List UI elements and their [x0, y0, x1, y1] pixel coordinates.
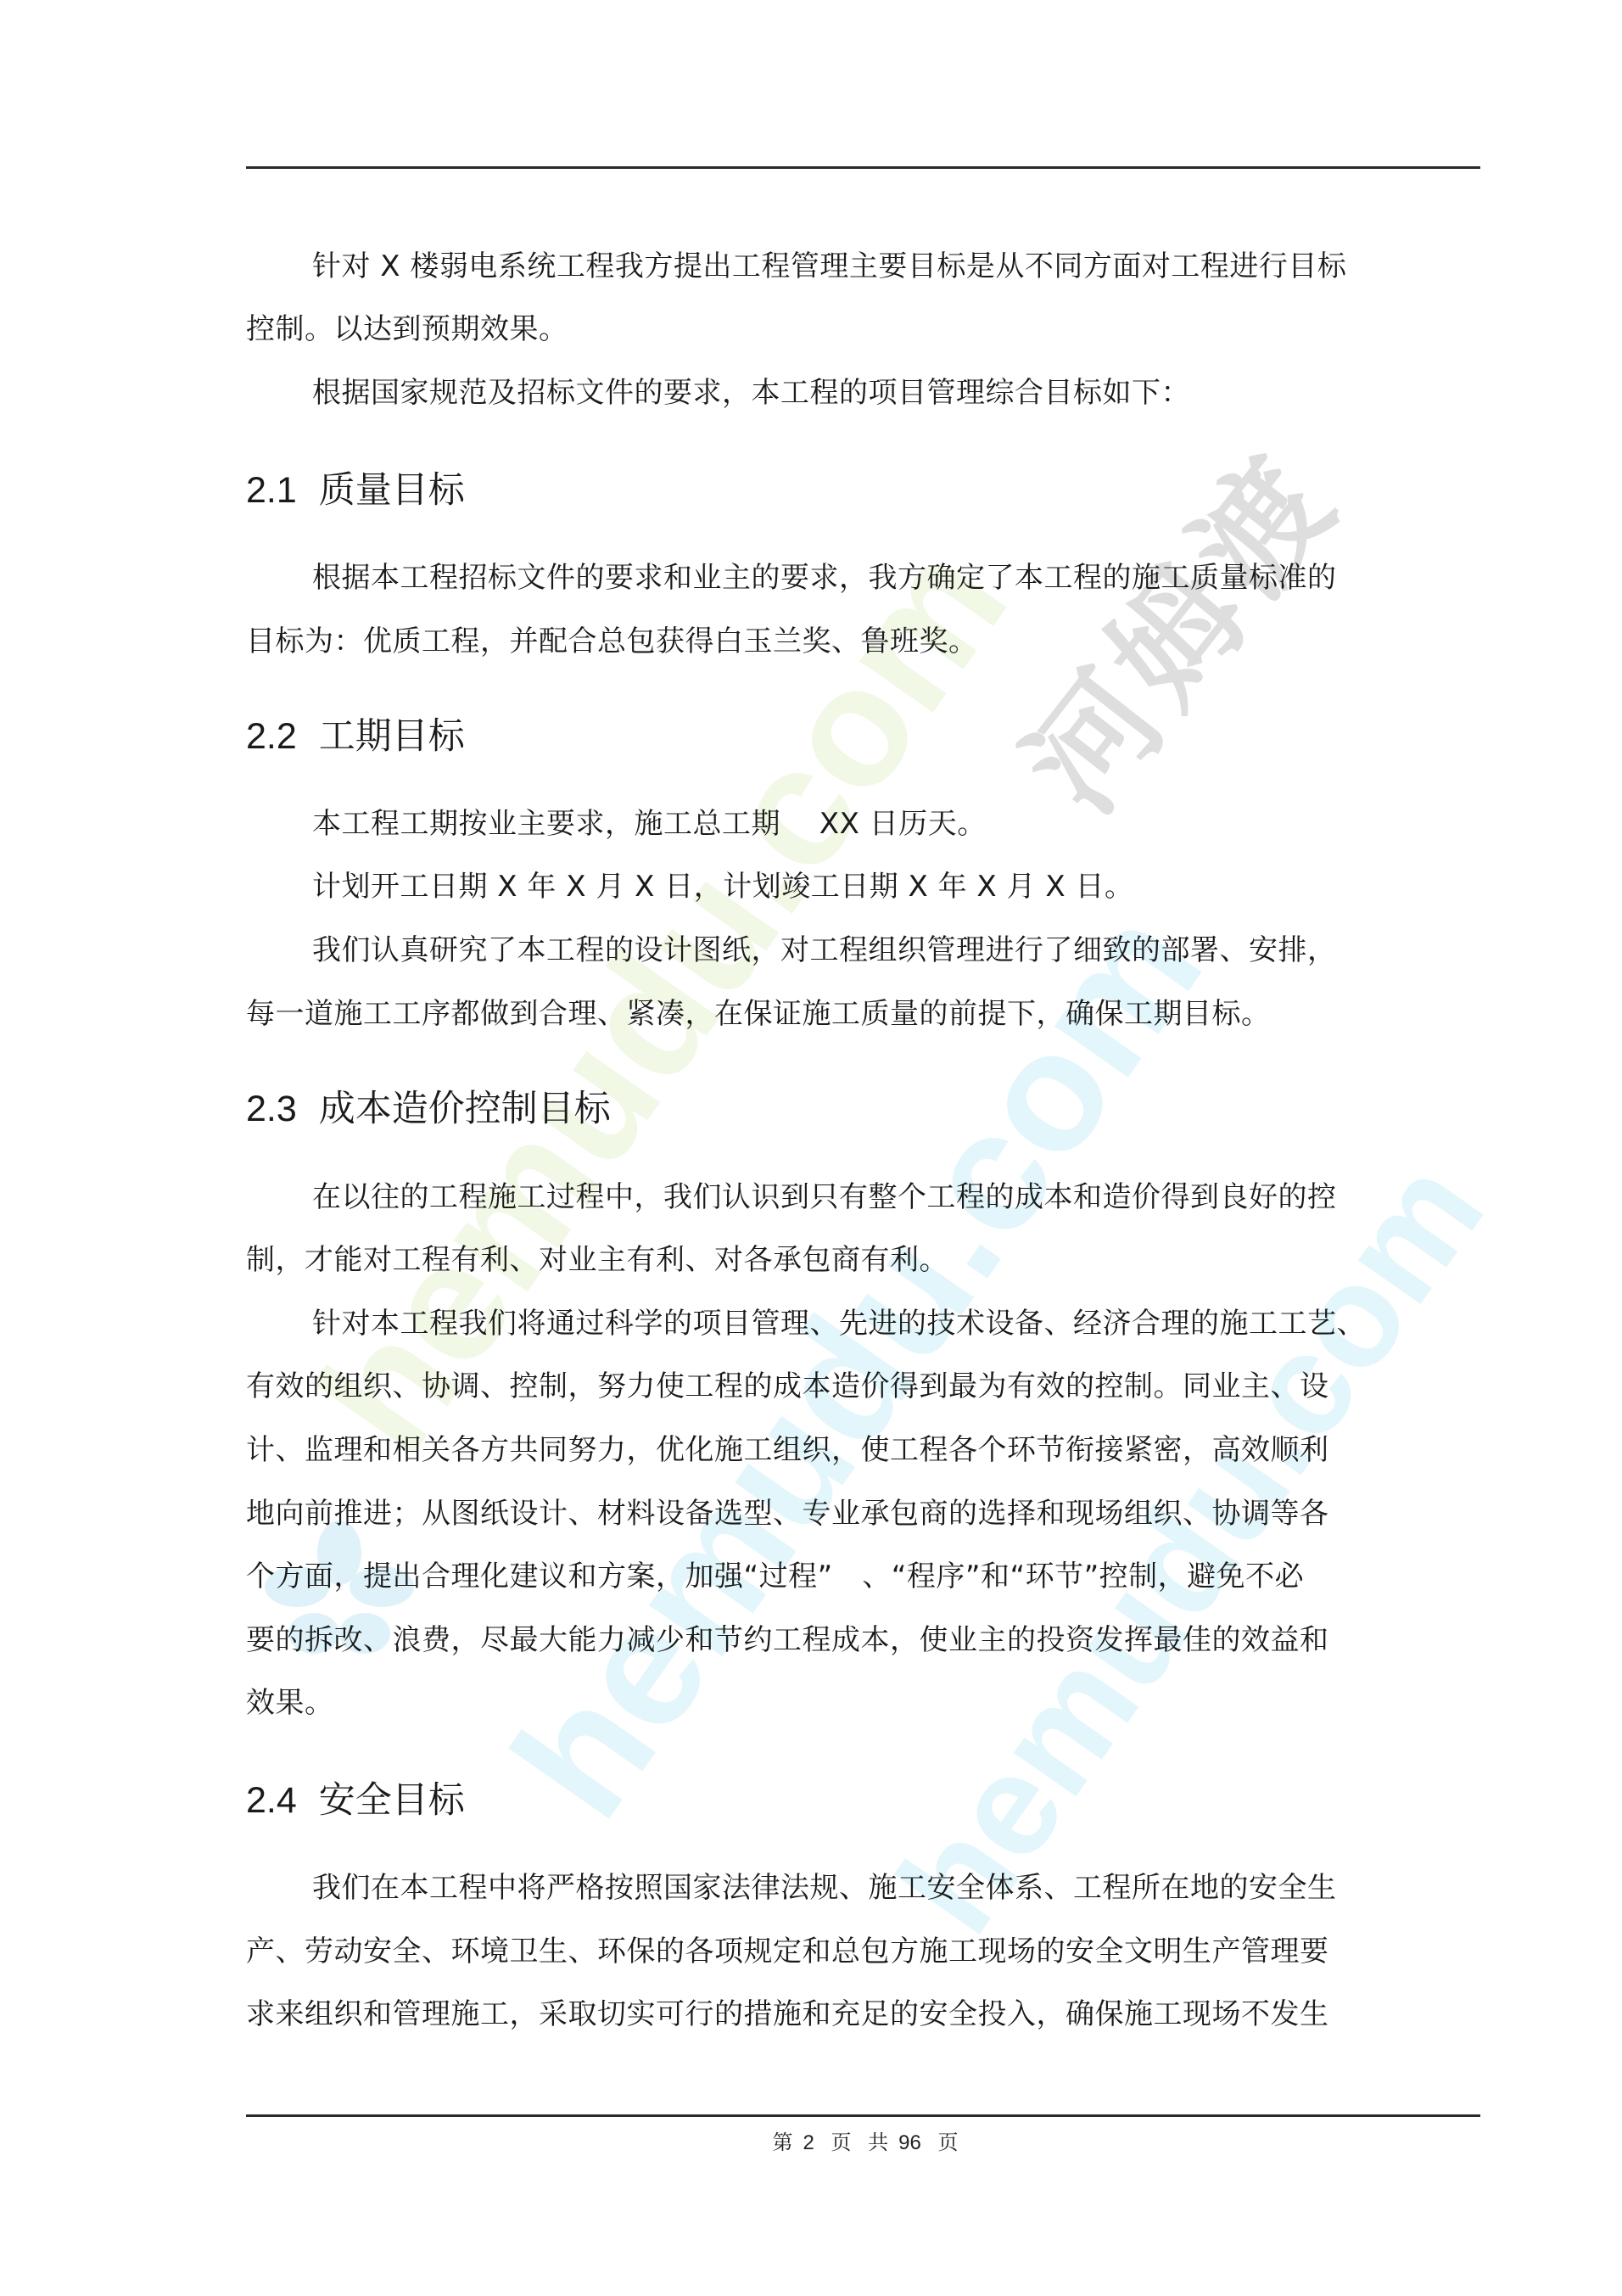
watermark-url-tertiary: hemudu.com	[865, 1131, 1516, 1962]
section-title: 安全目标	[319, 1779, 465, 1822]
footer-page-word: 页	[831, 2131, 852, 2154]
section-2-1-line-2: 目标为：优质工程，并配合总包获得白玉兰奖、鲁班奖。	[246, 624, 978, 658]
section-2-3-line-2: 制，才能对工程有利、对业主有利、对各承包商有利。	[246, 1243, 948, 1277]
section-2-4-line-1: 我们在本工程中将严格按照国家法律法规、施工安全体系、工程所在地的安全生	[312, 1871, 1337, 1905]
section-heading-2-4: 2.4安全目标	[246, 1779, 465, 1822]
section-2-2-line-3: 我们认真研究了本工程的设计图纸，对工程组织管理进行了细致的部署、安排，	[312, 933, 1337, 967]
section-2-3-line-6: 地向前推进；从图纸设计、材料设备选型、专业承包商的选择和现场组织、协调等各	[246, 1497, 1329, 1531]
section-2-1-line-1: 根据本工程招标文件的要求和业主的要求，我方确定了本工程的施工质量标准的	[312, 561, 1337, 595]
intro-line-1: 针对 X 楼弱电系统工程我方提出工程管理主要目标是从不同方面对工程进行目标	[312, 249, 1346, 283]
footer-rule	[246, 2114, 1480, 2117]
section-2-2-line-4: 每一道施工工序都做到合理、紧凑，在保证施工质量的前提下，确保工期目标。	[246, 997, 1271, 1031]
intro-line-3: 根据国家规范及招标文件的要求，本工程的项目管理综合目标如下：	[312, 376, 1190, 410]
watermark-brand: 河姆渡	[976, 409, 1371, 843]
section-title: 成本造价控制目标	[319, 1088, 611, 1130]
section-number: 2.4	[246, 1780, 297, 1821]
section-title: 质量目标	[319, 469, 465, 512]
section-2-3-line-9: 效果。	[246, 1686, 334, 1720]
section-2-3-line-4: 有效的组织、协调、控制，努力使工程的成本造价得到最为有效的控制。同业主、设	[246, 1369, 1329, 1403]
section-title: 工期目标	[319, 715, 465, 758]
section-heading-2-2: 2.2工期目标	[246, 715, 465, 758]
page-footer: 第2 页 共96 页	[0, 2125, 1622, 2155]
section-number: 2.3	[246, 1089, 297, 1129]
section-heading-2-3: 2.3成本造价控制目标	[246, 1088, 611, 1130]
intro-line-2: 控制。以达到预期效果。	[246, 312, 568, 346]
section-number: 2.1	[246, 470, 297, 511]
section-2-3-line-3: 针对本工程我们将通过科学的项目管理、先进的技术设备、经济合理的施工工艺、	[312, 1307, 1366, 1341]
section-2-3-line-7: 个方面，提出合理化建议和方案，加强“过程” 、“程序”和“环节”控制，避免不必	[246, 1560, 1304, 1593]
footer-prefix: 第	[773, 2131, 793, 2154]
section-2-3-line-5: 计、监理和相关各方共同努力，优化施工组织，使工程各个环节衔接紧密，高效顺利	[246, 1433, 1329, 1467]
section-2-2-line-2: 计划开工日期 X 年 X 月 X 日，计划竣工日期 X 年 X 月 X 日。	[312, 870, 1133, 904]
section-2-3-line-1: 在以往的工程施工过程中，我们认识到只有整个工程的成本和造价得到良好的控	[312, 1180, 1337, 1214]
section-2-2-line-1: 本工程工期按业主要求，施工总工期 XX 日历天。	[312, 807, 987, 841]
section-2-4-line-3: 求来组织和管理施工，采取切实可行的措施和充足的安全投入，确保施工现场不发生	[246, 1997, 1329, 2031]
document-page: hemudu.com hemudu.com hemudu.com 河姆渡 针对 …	[0, 0, 1622, 2296]
footer-total-word: 共	[868, 2131, 888, 2154]
total-pages-number: 96	[898, 2131, 921, 2154]
section-heading-2-1: 2.1质量目标	[246, 469, 465, 512]
section-number: 2.2	[246, 716, 297, 757]
header-rule	[246, 166, 1480, 169]
footer-suffix: 页	[937, 2131, 958, 2154]
current-page-number: 2	[803, 2131, 814, 2154]
section-2-4-line-2: 产、劳动安全、环境卫生、环保的各项规定和总包方施工现场的安全文明生产管理要	[246, 1935, 1329, 1968]
section-2-3-line-8: 要的拆改、浪费，尽最大能力减少和节约工程成本，使业主的投资发挥最佳的效益和	[246, 1623, 1329, 1657]
